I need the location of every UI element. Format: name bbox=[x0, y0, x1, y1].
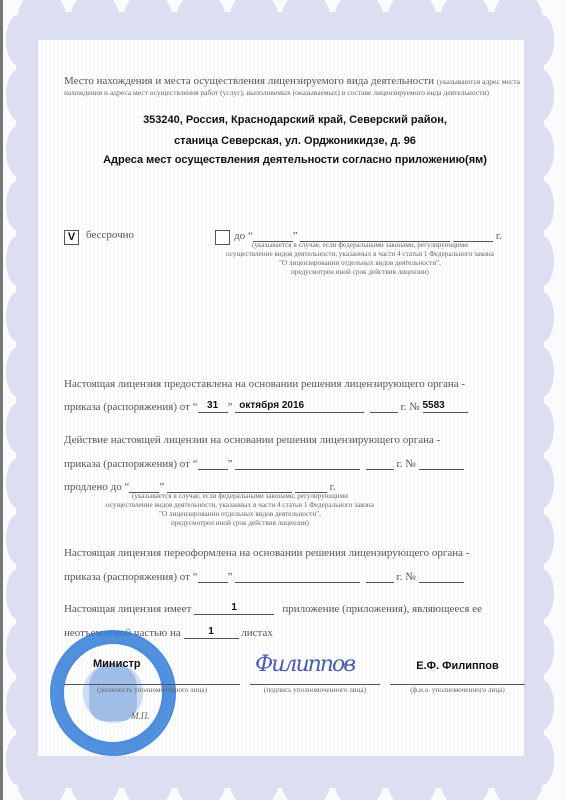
reissued-line-1: Настоящая лицензия переоформлена на осно… bbox=[64, 547, 469, 559]
frame-scallop-right bbox=[530, 12, 554, 788]
signature: Филиппов bbox=[255, 652, 354, 677]
extended-hint: (указывается в случае, если федеральными… bbox=[100, 492, 380, 528]
extended-hint-line: предусмотрен иной срок действия лицензии… bbox=[100, 519, 380, 528]
indefinite-checkbox[interactable]: V bbox=[64, 230, 79, 245]
signature-caption: (подпись уполномоченного лица) bbox=[250, 686, 380, 695]
location-label-block: Место нахождения и места осуществления л… bbox=[64, 76, 526, 98]
term-hint-line: предусмотрен иной срок действия лицензии… bbox=[200, 268, 520, 277]
granted-day-field[interactable]: 31 bbox=[198, 400, 228, 413]
extended-prefix: приказа (распоряжения) от bbox=[64, 458, 190, 470]
granted-month-field[interactable]: октября 2016 bbox=[235, 400, 364, 413]
indefinite-label: бессрочно bbox=[86, 229, 134, 241]
extended-hint-line: "О лицензировании отдельных видов деятел… bbox=[100, 510, 380, 519]
extended-day-field[interactable] bbox=[198, 457, 228, 470]
position-line bbox=[64, 683, 240, 685]
reissued-number-field[interactable] bbox=[419, 570, 464, 583]
frame-scallop-top bbox=[16, 4, 544, 28]
term-hint-line: (указывается в случае, если федеральными… bbox=[200, 241, 520, 250]
appendix-line-1: Настоящая лицензия имеет 1 приложение (п… bbox=[64, 602, 482, 615]
address-line-1: 353240, Россия, Краснодарский край, Севе… bbox=[64, 114, 526, 126]
signature-line bbox=[250, 683, 380, 685]
term-hint: (указывается в случае, если федеральными… bbox=[200, 241, 520, 277]
granted-number-field[interactable]: 5583 bbox=[423, 400, 468, 413]
granted-year-field[interactable] bbox=[370, 400, 398, 413]
reissued-year-suffix: г. № bbox=[396, 571, 415, 583]
reissued-line-2: приказа (распоряжения) от “” г. № bbox=[64, 570, 464, 583]
frame-scallop-bottom bbox=[16, 772, 544, 796]
term-hint-line: осуществление видов деятельности, указан… bbox=[200, 250, 520, 259]
signatory-name: Е.Ф. Филиппов bbox=[390, 660, 525, 672]
location-label: Место нахождения и места осуществления л… bbox=[64, 75, 434, 87]
appendix-suffix: листах bbox=[241, 627, 273, 639]
frame-scallop-left bbox=[6, 12, 30, 788]
extended-number-field[interactable] bbox=[419, 457, 464, 470]
reissued-month-field[interactable] bbox=[235, 570, 360, 583]
appendix-prefix: Настоящая лицензия имеет bbox=[64, 603, 191, 615]
reissued-day-field[interactable] bbox=[198, 570, 228, 583]
name-caption: (ф.и.о. уполномоченного лица) bbox=[390, 686, 525, 695]
reissued-prefix: приказа (распоряжения) от bbox=[64, 571, 190, 583]
address-line-3: Адреса мест осуществления деятельности с… bbox=[64, 154, 526, 166]
position-value: Министр bbox=[93, 658, 141, 670]
extended-year-field[interactable] bbox=[366, 457, 394, 470]
scan-edge bbox=[0, 0, 3, 800]
appendix-middle: приложение (приложения), являющееся ее bbox=[282, 603, 482, 615]
extended-month-field[interactable] bbox=[235, 457, 360, 470]
name-line bbox=[390, 683, 525, 685]
stamp-mp: М.П. bbox=[131, 711, 150, 721]
granted-prefix: приказа (распоряжения) от bbox=[64, 401, 190, 413]
address-line-2: станица Северская, ул. Орджоникидзе, д. … bbox=[64, 135, 526, 147]
position-caption: (должность уполномоченного лица) bbox=[64, 686, 240, 695]
extended-line-1: Действие настоящей лицензии на основании… bbox=[64, 434, 440, 446]
reissued-year-field[interactable] bbox=[366, 570, 394, 583]
extended-hint-line: осуществление видов деятельности, указан… bbox=[100, 501, 380, 510]
granted-year-suffix: г. № bbox=[400, 401, 419, 413]
granted-line-2: приказа (распоряжения) от “31” октября 2… bbox=[64, 400, 468, 413]
appendix-count-field[interactable]: 1 bbox=[194, 602, 274, 615]
extended-line-2: приказа (распоряжения) от “” г. № bbox=[64, 457, 464, 470]
extended-year-suffix: г. № bbox=[396, 458, 415, 470]
extended-hint-line: (указывается в случае, если федеральными… bbox=[100, 492, 380, 501]
granted-line-1: Настоящая лицензия предоставлена на осно… bbox=[64, 378, 465, 390]
appendix-sheets-field[interactable]: 1 bbox=[184, 626, 239, 639]
term-hint-line: "О лицензировании отдельных видов деятел… bbox=[200, 259, 520, 268]
